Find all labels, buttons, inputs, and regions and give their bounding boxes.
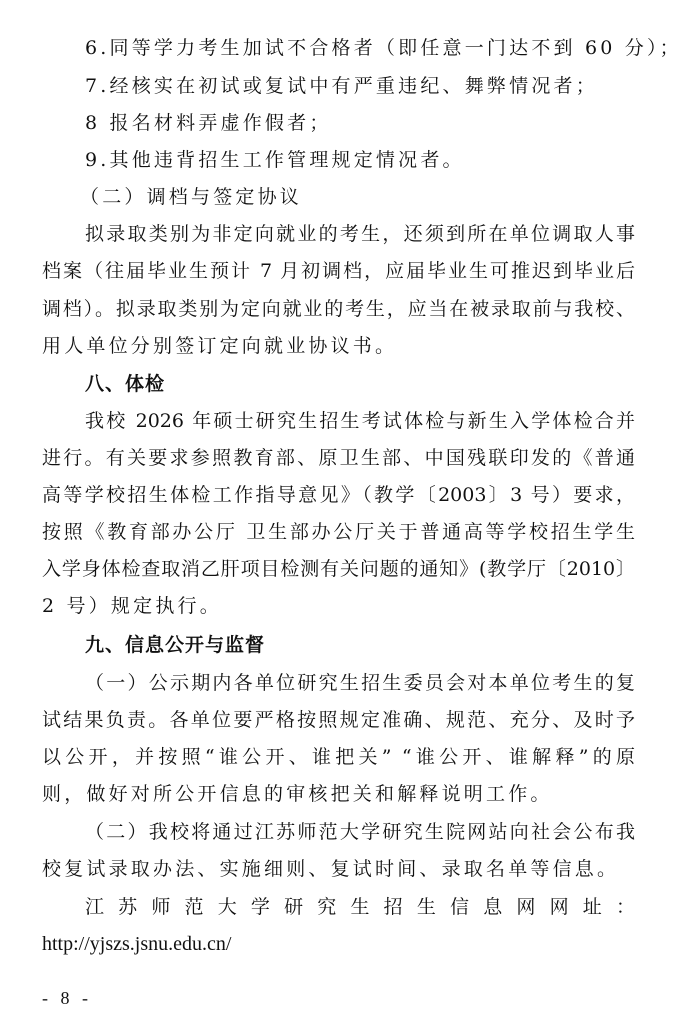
paragraph-line: 以公开，并按照“谁公开、谁把关” “谁公开、谁解释”的原	[42, 745, 635, 769]
website-label: 江苏师范大学研究生招生信息网网址：	[85, 895, 635, 919]
paragraph-line: 用人单位分别签订定向就业协议书。	[42, 334, 635, 358]
subheading-transfer-records: （二）调档与签定协议	[80, 185, 635, 209]
paragraph-line: 则，做好对所公开信息的审核把关和解释说明工作。	[42, 782, 635, 806]
paragraph-line: 我校 2026 年硕士研究生招生考试体检与新生入学体检合并	[85, 409, 635, 433]
list-item-6: 6.同等学力考生加试不合格者（即任意一门达不到 60 分）；	[85, 36, 635, 60]
list-item-8: 8 报名材料弄虚作假者；	[85, 111, 635, 135]
paragraph-line: 进行。有关要求参照教育部、原卫生部、中国残联印发的《普通	[42, 446, 635, 470]
paragraph-line: 校复试录取办法、实施细则、复试时间、录取名单等信息。	[42, 857, 635, 881]
paragraph-line: 档案（往届毕业生预计 7 月初调档，应届毕业生可推迟到毕业后	[42, 259, 635, 283]
paragraph-line: 拟录取类别为非定向就业的考生，还须到所在单位调取人事	[85, 222, 635, 246]
paragraph-line: 高等学校招生体检工作指导意见》（教学〔2003〕3 号）要求，	[42, 483, 635, 507]
list-item-7: 7.经核实在初试或复试中有严重违纪、舞弊情况者；	[85, 74, 635, 98]
website-url-link[interactable]: http://yjszs.jsnu.edu.cn/	[42, 932, 635, 956]
paragraph-line: （一）公示期内各单位研究生招生委员会对本单位考生的复	[85, 671, 635, 695]
paragraph-line: 入学身体检查取消乙肝项目检测有关问题的通知》(教学厅〔2010〕	[42, 557, 635, 581]
paragraph-line: 调档）。拟录取类别为定向就业的考生，应当在被录取前与我校、	[42, 297, 635, 321]
paragraph-line: 按照《教育部办公厅 卫生部办公厅关于普通高等学校招生学生	[42, 520, 635, 544]
section-heading-physical-exam: 八、体检	[85, 372, 635, 396]
list-item-9: 9.其他违背招生工作管理规定情况者。	[85, 148, 635, 172]
paragraph-line: 2 号）规定执行。	[42, 594, 635, 618]
paragraph-line: （二）我校将通过江苏师范大学研究生院网站向社会公布我	[85, 820, 635, 844]
page-number: - 8 -	[42, 988, 92, 1009]
paragraph-line: 试结果负责。各单位要严格按照规定准确、规范、充分、及时予	[42, 708, 635, 732]
section-heading-info-disclosure: 九、信息公开与监督	[85, 633, 635, 657]
